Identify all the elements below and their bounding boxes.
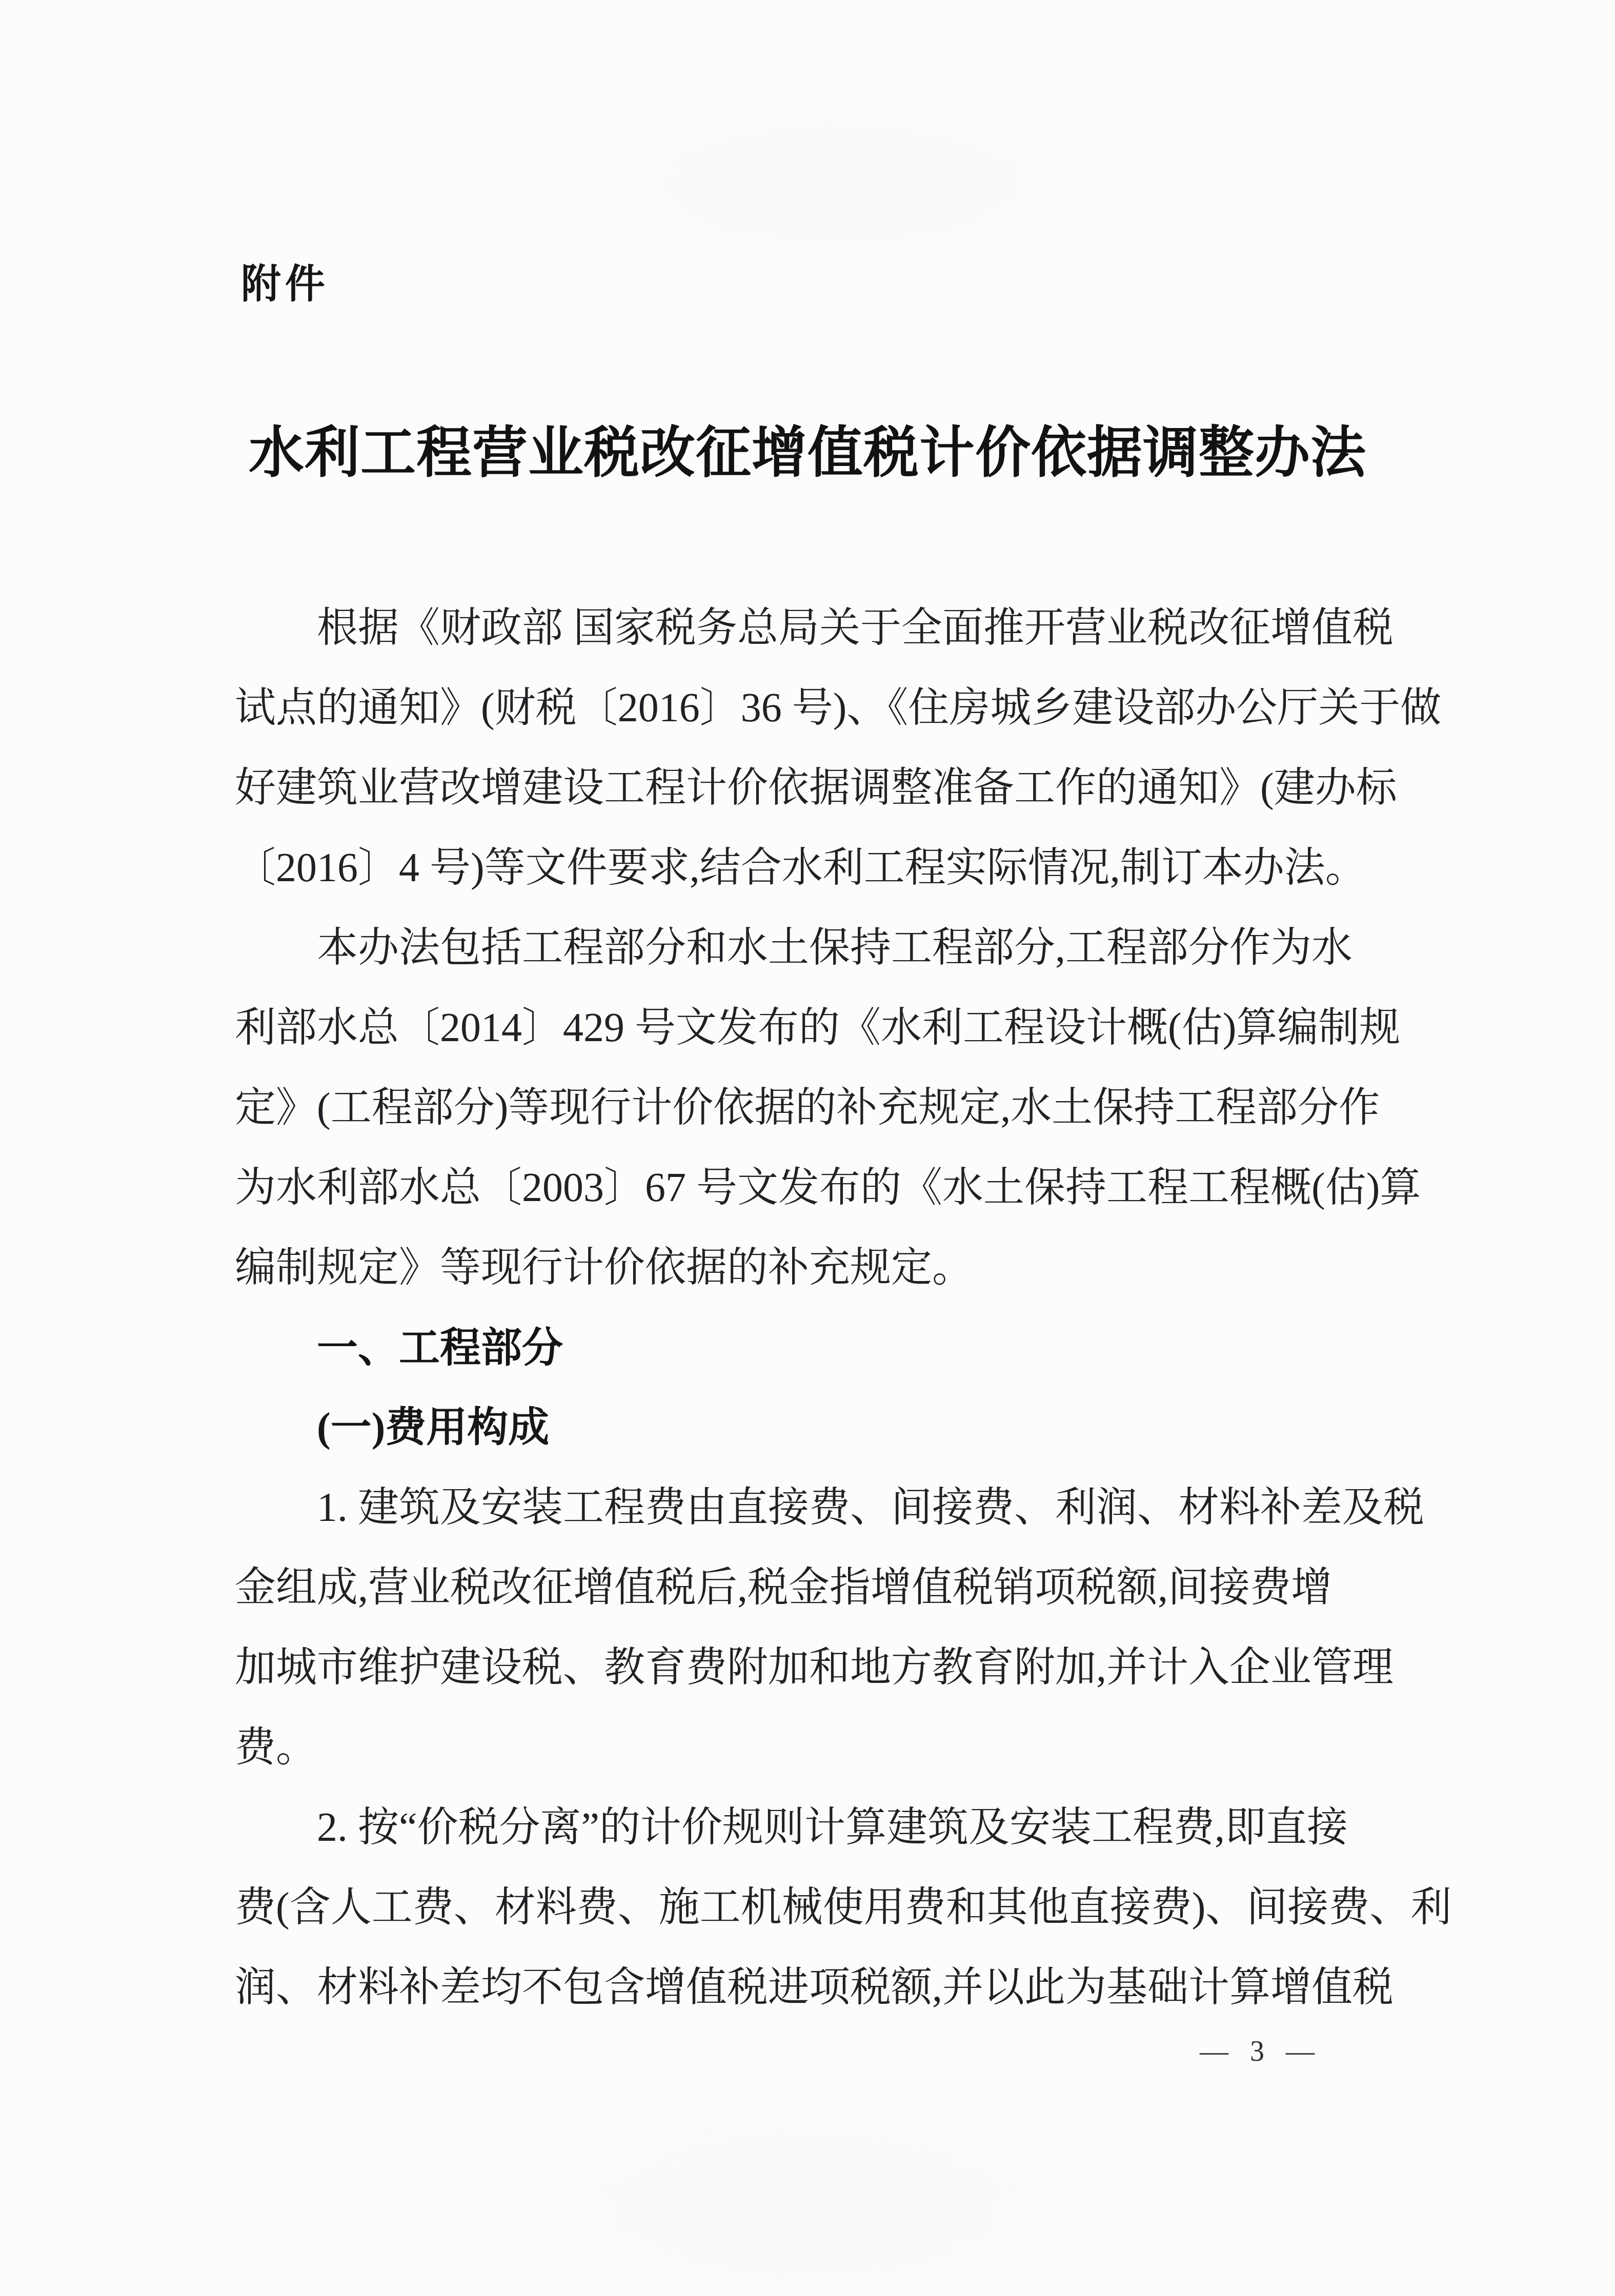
body-line: 1. 建筑及安装工程费由直接费、间接费、利润、材料补差及税 [235, 1468, 1387, 1548]
body-line: 利部水总〔2014〕429 号文发布的《水利工程设计概(估)算编制规 [235, 988, 1387, 1068]
body-line: 根据《财政部 国家税务总局关于全面推开营业税改征增值税 [235, 588, 1387, 668]
body-line: 费(含人工费、材料费、施工机械使用费和其他直接费)、间接费、利 [235, 1867, 1387, 1947]
body-line: 本办法包括工程部分和水土保持工程部分,工程部分作为水 [235, 908, 1387, 988]
body-line: 〔2016〕4 号)等文件要求,结合水利工程实际情况,制订本办法。 [235, 828, 1387, 908]
body-line: 2. 按“价税分离”的计价规则计算建筑及安装工程费,即直接 [235, 1787, 1387, 1867]
body-line: 加城市维护建设税、教育费附加和地方教育附加,并计入企业管理 [235, 1628, 1387, 1708]
body-line: 润、材料补差均不包含增值税进项税额,并以此为基础计算增值税 [235, 1947, 1387, 2027]
body-line: 金组成,营业税改征增值税后,税金指增值税销项税额,间接费增 [235, 1548, 1387, 1628]
body-line: 定》(工程部分)等现行计价依据的补充规定,水土保持工程部分作 [235, 1068, 1387, 1148]
subsection-heading: (一)费用构成 [235, 1388, 1387, 1468]
body-line: 好建筑业营改增建设工程计价依据调整准备工作的通知》(建办标 [235, 748, 1387, 828]
body-line: 费。 [235, 1708, 1387, 1787]
document-title: 水利工程营业税改征增值税计价依据调整办法 [0, 421, 1615, 486]
body-line: 为水利部水总〔2003〕67 号文发布的《水土保持工程工程概(估)算 [235, 1148, 1387, 1228]
body-line: 试点的通知》(财税〔2016〕36 号)、《住房城乡建设部办公厅关于做 [235, 668, 1387, 748]
section-heading: 一、工程部分 [235, 1308, 1387, 1388]
page-number: — 3 — [1200, 2031, 1322, 2072]
scanned-document-page: 附件 水利工程营业税改征增值税计价依据调整办法 根据《财政部 国家税务总局关于全… [0, 0, 1615, 2296]
body-line: 编制规定》等现行计价依据的补充规定。 [235, 1228, 1387, 1308]
attachment-label: 附件 [241, 260, 329, 308]
document-body: 根据《财政部 国家税务总局关于全面推开营业税改征增值税 试点的通知》(财税〔20… [235, 588, 1387, 2027]
